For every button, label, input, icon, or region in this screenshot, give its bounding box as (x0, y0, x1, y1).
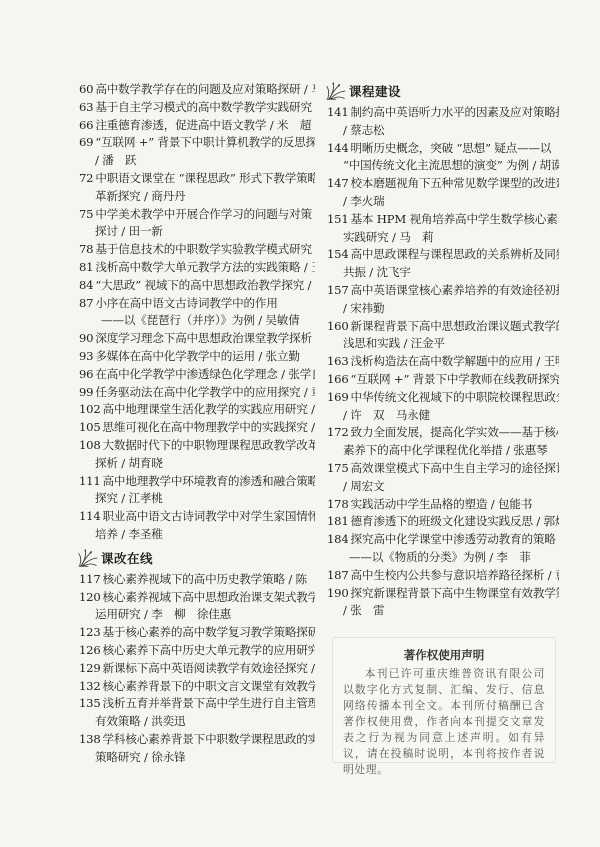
toc-entry-title-line: 66注重德育渗透，促进高中语文教学 / 米 超 (79, 117, 315, 135)
entry-text: 浅思和实践 / 汪金平 (343, 336, 445, 350)
toc-entry: 126核心素养下高中历史大单元教学的应用研究 / 吴松涛 (79, 642, 315, 660)
entry-text: 基于自主学习模式的高中数学教学实践研究 / 马正旭 (95, 100, 315, 114)
page-number: 105 (79, 419, 101, 437)
entry-text: 有效策略 / 洪奕迅 (95, 714, 185, 728)
toc-entry-continuation: 探讨 / 田一新 (79, 223, 315, 241)
page-number: 114 (79, 508, 101, 526)
toc-entry: 87小序在高中语文古诗词教学中的作用——以《琵琶行（并序）》为例 / 吴敏倩 (79, 295, 315, 331)
toc-entry: 160新课程背景下高中思想政治课议题式教学的浅思和实践 / 汪金平 (327, 318, 559, 354)
toc-entry: 163浅析构造法在高中数学解题中的应用 / 王明福 (327, 353, 559, 371)
toc-entry-title-line: 178实践活动中学生品格的塑造 / 包能书 (327, 496, 559, 514)
toc-entry-title-line: 90深度学习理念下高中思想政治课堂教学探析 / 杨 婷 (79, 330, 315, 348)
page-number: 169 (327, 389, 349, 407)
toc-entry-title-line: 96在高中化学教学中渗透绿色化学理念 / 张学良 (79, 366, 315, 384)
toc-entry: 99任务驱动法在高中化学教学中的应用探究 / 章俊丽 (79, 384, 315, 402)
entry-text: 德育渗透下的班级文化建设实践反思 / 郭炫琳 (351, 514, 559, 528)
entry-text: 多媒体在高中化学教学中的运用 / 张立勤 (95, 349, 299, 363)
entry-text: 探究 / 江孝桃 (95, 491, 163, 505)
entry-text: 实践活动中学生品格的塑造 / 包能书 (351, 497, 533, 511)
entry-text: 探讨 / 田一新 (95, 224, 163, 238)
toc-entry-continuation: 实践研究 / 马 莉 (327, 229, 559, 247)
page-number: 144 (327, 140, 349, 158)
toc-entry-title-line: 117核心素养视域下的高中历史教学策略 / 陈 勇 (79, 571, 315, 589)
page-number: 138 (79, 731, 101, 749)
entry-text: 基本 HPM 视角培养高中学生数学核心素养的 (351, 212, 559, 226)
page-number: 87 (79, 295, 93, 313)
toc-entry: 144明晰历史概念，突破 “思想” 疑点——以“中国传统文化主流思想的演变” 为… (327, 140, 559, 176)
toc-entry-title-line: 181德育渗透下的班级文化建设实践反思 / 郭炫琳 (327, 513, 559, 531)
toc-entry: 147校本磨题视角下五种常见数学课型的改进建议/ 李火瑞 (327, 175, 559, 211)
toc-entry-title-line: 157高中英语课堂核心素养培养的有效途径初探 (327, 282, 559, 300)
page-number: 154 (327, 246, 349, 264)
toc-entry-subtitle: ——以《琵琶行（并序）》为例 / 吴敏倩 (79, 312, 315, 330)
right-column: 课程建设 141制约高中英语听力水平的因素及应对策略探究/ 蔡志松144明晰历史… (327, 93, 559, 620)
toc-entry-subtitle: ——以《物质的分类》为例 / 李 菲 (327, 549, 559, 567)
toc-entry-title-line: 126核心素养下高中历史大单元教学的应用研究 / 吴松涛 (79, 642, 315, 660)
page-number: 93 (79, 348, 93, 366)
toc-entry: 93多媒体在高中化学教学中的运用 / 张立勤 (79, 348, 315, 366)
page-number: 72 (79, 170, 93, 188)
toc-entry: 135浅析五育并举背景下高中学生进行自主管理的有效策略 / 洪奕迅 (79, 695, 315, 731)
toc-entry-continuation: / 许 双 马永健 (327, 407, 559, 425)
entry-text: 注重德育渗透，促进高中语文教学 / 米 超 (95, 118, 311, 132)
toc-entry: 81浅析高中数学大单元教学方法的实践策略 / 王 燕 (79, 259, 315, 277)
page-number: 117 (79, 571, 101, 589)
toc-entry-title-line: 163浅析构造法在高中数学解题中的应用 / 王明福 (327, 353, 559, 371)
entry-text: 基于核心素养的高中数学复习教学策略探研 / 吴封朝 (103, 625, 315, 639)
toc-entry: 138学科核心素养背景下中职数学课程思政的实践策略研究 / 徐永锋 (79, 731, 315, 767)
entry-text: “大思政” 视域下的高中思想政治教学探究 / 吴华萍 (95, 278, 315, 292)
entry-text: 明晰历史概念，突破 “思想” 疑点——以 (351, 141, 552, 155)
toc-entry-continuation: 培养 / 李圣稚 (79, 526, 315, 544)
entry-text: 校本磨题视角下五种常见数学课型的改进建议 (351, 176, 559, 190)
page-number: 96 (79, 366, 93, 384)
toc-entry-title-line: 69“互联网 +” 背景下中职计算机教学的反思探索 (79, 134, 315, 152)
page-number: 151 (327, 211, 349, 229)
page-number: 81 (79, 259, 93, 277)
entry-text: 高中生校内公共参与意识培养路径探析 / 袁红义 (351, 568, 559, 582)
entry-text: 高中地理教学中环境教育的渗透和融合策略 (103, 474, 315, 488)
toc-entry: 90深度学习理念下高中思想政治课堂教学探析 / 杨 婷 (79, 330, 315, 348)
toc-entry: 190探究新课程背景下高中生物课堂有效教学策略/ 张 雷 (327, 585, 559, 621)
orchid-plant-icon (325, 80, 347, 102)
toc-list-top: 60高中数学教学存在的问题及应对策略探研 / 马秀萍63基于自主学习模式的高中数… (79, 81, 315, 544)
toc-entry: 111高中地理教学中环境教育的渗透和融合策略探究 / 江孝桃 (79, 473, 315, 509)
page-number: 108 (79, 437, 101, 455)
toc-entry: 123基于核心素养的高中数学复习教学策略探研 / 吴封朝 (79, 624, 315, 642)
entry-text: 素养下的高中化学课程优化举措 / 张惠琴 (343, 443, 547, 457)
toc-entry-title-line: 169中华传统文化视域下的中职院校课程思政分析 (327, 389, 559, 407)
toc-entry-title-line: 132核心素养背景下的中职文言文课堂有效教学 / 叶杰英 (79, 678, 315, 696)
entry-text: / 宋祎勤 (343, 301, 384, 315)
toc-entry-title-line: 72中职语文课堂在 “课程思政” 形式下教学策略 (79, 170, 315, 188)
page-number: 178 (327, 496, 349, 514)
page-number: 135 (79, 695, 101, 713)
entry-text: “互联网 +” 背景下中学教师在线教研探究 / 谢晨玉 (351, 372, 559, 386)
copyright-title: 著作权使用声明 (333, 647, 555, 663)
toc-entry: 184探究高中化学课堂中渗透劳动教育的策略——以《物质的分类》为例 / 李 菲 (327, 531, 559, 567)
entry-text: 基于信息技术的中职数学实验教学模式研究 / 仝正楠 (95, 242, 315, 256)
toc-entry-title-line: 75中学美术教学中开展合作学习的问题与对策 (79, 206, 315, 224)
entry-text: 探究新课程背景下高中生物课堂有效教学策略 (351, 586, 559, 600)
toc-entry-title-line: 105思维可视化在高中物理教学中的实践探究 / 胡 凤 (79, 419, 315, 437)
entry-text: 浅析五育并举背景下高中学生进行自主管理的 (103, 696, 315, 710)
entry-text: 核心素养下高中历史大单元教学的应用研究 / 吴松涛 (103, 643, 315, 657)
toc-entry-title-line: 99任务驱动法在高中化学教学中的应用探究 / 章俊丽 (79, 384, 315, 402)
toc-entry: 154高中思政课程与课程思政的关系辨析及同频共振 / 沈飞宇 (327, 246, 559, 282)
page-number: 60 (79, 81, 93, 99)
entry-text: 核心素养视域下的高中历史教学策略 / 陈 勇 (103, 572, 315, 586)
page-number: 78 (79, 241, 93, 259)
entry-text: 实践研究 / 马 莉 (343, 230, 433, 244)
toc-entry-title-line: 114职业高中语文古诗词教学中对学生家国情怀的 (79, 508, 315, 526)
toc-entry-continuation: / 李火瑞 (327, 193, 559, 211)
toc-entry-continuation: / 张 雷 (327, 602, 559, 620)
page-number: 190 (327, 585, 349, 603)
copyright-notice-box: 著作权使用声明 本刊已许可重庆维普资讯有限公司以数字化方式复制、汇编、发行、信息… (332, 637, 556, 763)
entry-text: 任务驱动法在高中化学教学中的应用探究 / 章俊丽 (95, 385, 315, 399)
page-number: 69 (79, 134, 93, 152)
page-number: 66 (79, 117, 93, 135)
toc-entry: 114职业高中语文古诗词教学中对学生家国情怀的培养 / 李圣稚 (79, 508, 315, 544)
toc-entry: 84“大思政” 视域下的高中思想政治教学探究 / 吴华萍 (79, 277, 315, 295)
toc-entry-title-line: 81浅析高中数学大单元教学方法的实践策略 / 王 燕 (79, 259, 315, 277)
page-number: 160 (327, 318, 349, 336)
page-number: 111 (79, 473, 101, 491)
toc-entry-title-line: 154高中思政课程与课程思政的关系辨析及同频 (327, 246, 559, 264)
toc-entry: 96在高中化学教学中渗透绿色化学理念 / 张学良 (79, 366, 315, 384)
entry-text: 高效课堂模式下高中生自主学习的途径探讨 (351, 461, 559, 475)
toc-entry: 157高中英语课堂核心素养培养的有效途径初探/ 宋祎勤 (327, 282, 559, 318)
toc-entry-title-line: 63基于自主学习模式的高中数学教学实践研究 / 马正旭 (79, 99, 315, 117)
entry-text: 新课标下高中英语阅读教学有效途径探究 / 吴远炯 (103, 661, 315, 675)
page-number: 181 (327, 513, 349, 531)
entry-text: / 张 雷 (343, 603, 384, 617)
page-number: 99 (79, 384, 93, 402)
page-number: 157 (327, 282, 349, 300)
toc-entry: 151基本 HPM 视角培养高中学生数学核心素养的实践研究 / 马 莉 (327, 211, 559, 247)
entry-text: 职业高中语文古诗词教学中对学生家国情怀的 (103, 509, 315, 523)
entry-text: 高中思政课程与课程思政的关系辨析及同频 (351, 247, 559, 261)
entry-text: 制约高中英语听力水平的因素及应对策略探究 (351, 105, 559, 119)
toc-entry: 63基于自主学习模式的高中数学教学实践研究 / 马正旭 (79, 99, 315, 117)
entry-text: 中职语文课堂在 “课程思政” 形式下教学策略 (95, 171, 315, 185)
toc-entry-title-line: 135浅析五育并举背景下高中学生进行自主管理的 (79, 695, 315, 713)
entry-text: 核心素养视域下高中思想政治课支架式教学的 (103, 590, 315, 604)
entry-text: / 蔡志松 (343, 123, 384, 137)
toc-entry-continuation: 素养下的高中化学课程优化举措 / 张惠琴 (327, 442, 559, 460)
section-header-kecheng-jianshe: 课程建设 (325, 79, 559, 103)
toc-entry-title-line: 102高中地理课堂生活化教学的实践应用研究 / 丁玉火 (79, 401, 315, 419)
page-number: 132 (79, 678, 101, 696)
toc-entry: 175高效课堂模式下高中生自主学习的途径探讨/ 周宏文 (327, 460, 559, 496)
toc-entry-title-line: 144明晰历史概念，突破 “思想” 疑点——以 (327, 140, 559, 158)
toc-entry-title-line: 123基于核心素养的高中数学复习教学策略探研 / 吴封朝 (79, 624, 315, 642)
toc-entry-title-line: 160新课程背景下高中思想政治课议题式教学的 (327, 318, 559, 336)
toc-entry-title-line: 151基本 HPM 视角培养高中学生数学核心素养的 (327, 211, 559, 229)
toc-entry-title-line: 108大数据时代下的中职物理课程思政教学改革 (79, 437, 315, 455)
section-title: 课程建设 (349, 82, 401, 100)
page-number: 141 (327, 104, 349, 122)
entry-text: / 李火瑞 (343, 194, 384, 208)
toc-entry-title-line: 111高中地理教学中环境教育的渗透和融合策略 (79, 473, 315, 491)
toc-entry-continuation: 运用研究 / 李 柳 徐佳惠 (79, 606, 315, 624)
entry-text: 探析 / 胡育晓 (95, 456, 163, 470)
entry-text: 致力全面发展，提高化学实效——基于核心 (351, 425, 559, 439)
entry-text: 中华传统文化视域下的中职院校课程思政分析 (351, 390, 559, 404)
entry-text: 策略研究 / 徐永锋 (95, 750, 185, 764)
page-number: 166 (327, 371, 349, 389)
toc-entry-continuation: / 潘 跃 (79, 152, 315, 170)
toc-entry-continuation: / 宋祎勤 (327, 300, 559, 318)
entry-text: 共振 / 沈飞宇 (343, 265, 411, 279)
toc-entry-title-line: 141制约高中英语听力水平的因素及应对策略探究 (327, 104, 559, 122)
toc-entry-title-line: 190探究新课程背景下高中生物课堂有效教学策略 (327, 585, 559, 603)
entry-text: / 周宏文 (343, 479, 384, 493)
toc-entry-title-line: 78基于信息技术的中职数学实验教学模式研究 / 仝正楠 (79, 241, 315, 259)
entry-text: 大数据时代下的中职物理课程思政教学改革 (103, 438, 315, 452)
toc-entry: 181德育渗透下的班级文化建设实践反思 / 郭炫琳 (327, 513, 559, 531)
page-number: 102 (79, 401, 101, 419)
entry-text: 高中英语课堂核心素养培养的有效途径初探 (351, 283, 559, 297)
page-number: 75 (79, 206, 93, 224)
toc-entry-title-line: 172致力全面发展，提高化学实效——基于核心 (327, 424, 559, 442)
page-number: 120 (79, 589, 101, 607)
entry-text: 运用研究 / 李 柳 徐佳惠 (95, 607, 231, 621)
entry-text: 革新探究 / 商丹丹 (95, 189, 185, 203)
toc-entry: 117核心素养视域下的高中历史教学策略 / 陈 勇 (79, 571, 315, 589)
toc-entry: 108大数据时代下的中职物理课程思政教学改革探析 / 胡育晓 (79, 437, 315, 473)
toc-entry: 105思维可视化在高中物理教学中的实践探究 / 胡 凤 (79, 419, 315, 437)
entry-text: 核心素养背景下的中职文言文课堂有效教学 / 叶杰英 (103, 679, 315, 693)
entry-text: 深度学习理念下高中思想政治课堂教学探析 / 杨 婷 (95, 331, 315, 345)
entry-text: 探究高中化学课堂中渗透劳动教育的策略 (351, 532, 556, 546)
entry-text: 小序在高中语文古诗词教学中的作用 (95, 296, 277, 310)
toc-entry-continuation: 革新探究 / 商丹丹 (79, 188, 315, 206)
entry-text: 思维可视化在高中物理教学中的实践探究 / 胡 凤 (103, 420, 315, 434)
toc-entry-continuation: / 蔡志松 (327, 122, 559, 140)
toc-entry-continuation: 探究 / 江孝桃 (79, 490, 315, 508)
toc-entry: 141制约高中英语听力水平的因素及应对策略探究/ 蔡志松 (327, 104, 559, 140)
toc-list-bottom: 117核心素养视域下的高中历史教学策略 / 陈 勇120核心素养视域下高中思想政… (79, 571, 315, 767)
toc-entry: 132核心素养背景下的中职文言文课堂有效教学 / 叶杰英 (79, 678, 315, 696)
toc-entry-title-line: 120核心素养视域下高中思想政治课支架式教学的 (79, 589, 315, 607)
toc-entry-continuation: “中国传统文化主流思想的演变” 为例 / 胡谟旭 (327, 157, 559, 175)
toc-entry: 169中华传统文化视域下的中职院校课程思政分析/ 许 双 马永健 (327, 389, 559, 425)
entry-text: 浅析高中数学大单元教学方法的实践策略 / 王 燕 (95, 260, 315, 274)
toc-entry: 78基于信息技术的中职数学实验教学模式研究 / 仝正楠 (79, 241, 315, 259)
entry-text: “互联网 +” 背景下中职计算机教学的反思探索 (95, 135, 315, 149)
toc-entry-continuation: / 周宏文 (327, 478, 559, 496)
toc-entry-continuation: 共振 / 沈飞宇 (327, 264, 559, 282)
entry-text: 培养 / 李圣稚 (95, 527, 163, 541)
page-number: 187 (327, 567, 349, 585)
toc-entry-title-line: 84“大思政” 视域下的高中思想政治教学探究 / 吴华萍 (79, 277, 315, 295)
toc-entry: 72中职语文课堂在 “课程思政” 形式下教学策略革新探究 / 商丹丹 (79, 170, 315, 206)
page-number: 129 (79, 660, 101, 678)
toc-entry-continuation: 浅思和实践 / 汪金平 (327, 335, 559, 353)
toc-entry-title-line: 138学科核心素养背景下中职数学课程思政的实践 (79, 731, 315, 749)
toc-entry-title-line: 187高中生校内公共参与意识培养路径探析 / 袁红义 (327, 567, 559, 585)
left-column: 60高中数学教学存在的问题及应对策略探研 / 马秀萍63基于自主学习模式的高中数… (79, 81, 315, 766)
toc-entry: 75中学美术教学中开展合作学习的问题与对策探讨 / 田一新 (79, 206, 315, 242)
toc-entry-continuation: 策略研究 / 徐永锋 (79, 749, 315, 767)
entry-text: 在高中化学教学中渗透绿色化学理念 / 张学良 (95, 367, 315, 381)
toc-entry: 187高中生校内公共参与意识培养路径探析 / 袁红义 (327, 567, 559, 585)
page-number: 172 (327, 424, 349, 442)
toc-entry: 69“互联网 +” 背景下中职计算机教学的反思探索/ 潘 跃 (79, 134, 315, 170)
toc-list-right: 141制约高中英语听力水平的因素及应对策略探究/ 蔡志松144明晰历史概念，突破… (327, 104, 559, 620)
toc-entry-title-line: 129新课标下高中英语阅读教学有效途径探究 / 吴远炯 (79, 660, 315, 678)
entry-text: 浅析构造法在高中数学解题中的应用 / 王明福 (351, 354, 559, 368)
toc-entry-continuation: 有效策略 / 洪奕迅 (79, 713, 315, 731)
toc-entry-title-line: 87小序在高中语文古诗词教学中的作用 (79, 295, 315, 313)
toc-entry-title-line: 147校本磨题视角下五种常见数学课型的改进建议 (327, 175, 559, 193)
page-number: 84 (79, 277, 93, 295)
entry-text: 高中地理课堂生活化教学的实践应用研究 / 丁玉火 (103, 402, 315, 416)
copyright-body: 本刊已许可重庆维普资讯有限公司以数字化方式复制、汇编、发行、信息网络传播本刊全文… (343, 666, 545, 778)
toc-entry-title-line: 175高效课堂模式下高中生自主学习的途径探讨 (327, 460, 559, 478)
entry-text: 新课程背景下高中思想政治课议题式教学的 (351, 319, 559, 333)
toc-entry: 129新课标下高中英语阅读教学有效途径探究 / 吴远炯 (79, 660, 315, 678)
orchid-plant-icon (77, 547, 99, 569)
entry-text: / 潘 跃 (95, 153, 136, 167)
page-number: 147 (327, 175, 349, 193)
page-number: 126 (79, 642, 101, 660)
page-number: 175 (327, 460, 349, 478)
toc-entry: 102高中地理课堂生活化教学的实践应用研究 / 丁玉火 (79, 401, 315, 419)
toc-entry-title-line: 93多媒体在高中化学教学中的运用 / 张立勤 (79, 348, 315, 366)
section-header-kegai-zaixian: 课改在线 (77, 546, 315, 570)
page-number: 63 (79, 99, 93, 117)
page-number: 123 (79, 624, 101, 642)
toc-entry-continuation: 探析 / 胡育晓 (79, 455, 315, 473)
entry-text: / 许 双 马永健 (343, 408, 430, 422)
toc-entry: 60高中数学教学存在的问题及应对策略探研 / 马秀萍 (79, 81, 315, 99)
toc-entry: 178实践活动中学生品格的塑造 / 包能书 (327, 496, 559, 514)
toc-entry-title-line: 184探究高中化学课堂中渗透劳动教育的策略 (327, 531, 559, 549)
entry-text: “中国传统文化主流思想的演变” 为例 / 胡谟旭 (343, 158, 559, 172)
page-number: 163 (327, 353, 349, 371)
toc-entry: 166“互联网 +” 背景下中学教师在线教研探究 / 谢晨玉 (327, 371, 559, 389)
toc-entry: 120核心素养视域下高中思想政治课支架式教学的运用研究 / 李 柳 徐佳惠 (79, 589, 315, 625)
entry-text: 高中数学教学存在的问题及应对策略探研 / 马秀萍 (95, 82, 315, 96)
toc-entry-title-line: 60高中数学教学存在的问题及应对策略探研 / 马秀萍 (79, 81, 315, 99)
toc-entry: 66注重德育渗透，促进高中语文教学 / 米 超 (79, 117, 315, 135)
page-number: 184 (327, 531, 349, 549)
entry-text: 学科核心素养背景下中职数学课程思政的实践 (103, 732, 315, 746)
toc-entry: 172致力全面发展，提高化学实效——基于核心素养下的高中化学课程优化举措 / 张… (327, 424, 559, 460)
toc-entry-title-line: 166“互联网 +” 背景下中学教师在线教研探究 / 谢晨玉 (327, 371, 559, 389)
page-number: 90 (79, 330, 93, 348)
section-title: 课改在线 (101, 549, 153, 567)
entry-text: 中学美术教学中开展合作学习的问题与对策 (95, 207, 311, 221)
